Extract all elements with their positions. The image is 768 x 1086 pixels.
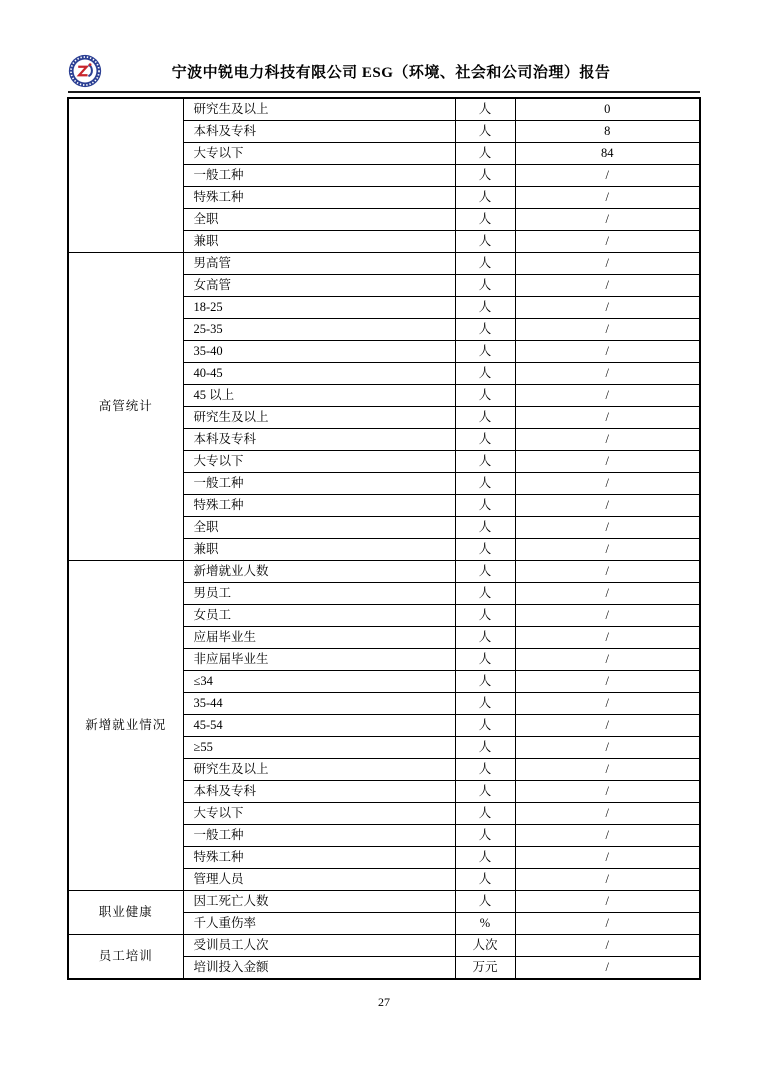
table-row: 职业健康因工死亡人数人/: [68, 891, 700, 913]
value-cell: /: [515, 605, 700, 627]
value-cell: 0: [515, 98, 700, 121]
value-cell: /: [515, 781, 700, 803]
value-cell: /: [515, 275, 700, 297]
item-cell: 本科及专科: [183, 429, 455, 451]
unit-cell: 人: [455, 231, 515, 253]
unit-cell: 人: [455, 165, 515, 187]
value-cell: /: [515, 935, 700, 957]
unit-cell: 人: [455, 429, 515, 451]
value-cell: /: [515, 671, 700, 693]
unit-cell: 人: [455, 143, 515, 165]
item-cell: 特殊工种: [183, 495, 455, 517]
table-row: 新增就业情况新增就业人数人/: [68, 561, 700, 583]
value-cell: /: [515, 693, 700, 715]
value-cell: /: [515, 869, 700, 891]
value-cell: /: [515, 583, 700, 605]
unit-cell: 人: [455, 649, 515, 671]
value-cell: /: [515, 363, 700, 385]
value-cell: /: [515, 297, 700, 319]
employee-statistics-table: 研究生及以上人0本科及专科人8大专以下人84一般工种人/特殊工种人/全职人/兼职…: [67, 97, 701, 980]
value-cell: /: [515, 759, 700, 781]
value-cell: /: [515, 957, 700, 980]
page-number: 27: [0, 995, 768, 1010]
value-cell: 84: [515, 143, 700, 165]
unit-cell: 人: [455, 671, 515, 693]
item-cell: 女高管: [183, 275, 455, 297]
item-cell: 特殊工种: [183, 847, 455, 869]
unit-cell: 人: [455, 583, 515, 605]
unit-cell: 人: [455, 253, 515, 275]
value-cell: /: [515, 803, 700, 825]
value-cell: /: [515, 407, 700, 429]
unit-cell: 人: [455, 825, 515, 847]
item-cell: 本科及专科: [183, 781, 455, 803]
item-cell: 一般工种: [183, 825, 455, 847]
unit-cell: 人: [455, 98, 515, 121]
unit-cell: 人: [455, 539, 515, 561]
item-cell: 一般工种: [183, 165, 455, 187]
unit-cell: 人: [455, 209, 515, 231]
item-cell: 受训员工人次: [183, 935, 455, 957]
value-cell: /: [515, 341, 700, 363]
unit-cell: 人: [455, 627, 515, 649]
unit-cell: 人: [455, 319, 515, 341]
value-cell: /: [515, 319, 700, 341]
value-cell: /: [515, 385, 700, 407]
item-cell: 大专以下: [183, 803, 455, 825]
value-cell: /: [515, 627, 700, 649]
value-cell: 8: [515, 121, 700, 143]
value-cell: /: [515, 209, 700, 231]
item-cell: 45-54: [183, 715, 455, 737]
value-cell: /: [515, 429, 700, 451]
category-cell: 职业健康: [68, 891, 183, 935]
unit-cell: 人: [455, 891, 515, 913]
item-cell: 新增就业人数: [183, 561, 455, 583]
unit-cell: 人: [455, 605, 515, 627]
page-header: 宁波中锐电力科技有限公司 ESG（环境、社会和公司治理）报告: [68, 54, 700, 93]
item-cell: 研究生及以上: [183, 407, 455, 429]
category-cell: 员工培训: [68, 935, 183, 980]
unit-cell: 人: [455, 759, 515, 781]
item-cell: ≤34: [183, 671, 455, 693]
value-cell: /: [515, 231, 700, 253]
item-cell: 一般工种: [183, 473, 455, 495]
unit-cell: 人: [455, 495, 515, 517]
item-cell: 应届毕业生: [183, 627, 455, 649]
item-cell: 男员工: [183, 583, 455, 605]
company-logo-icon: [68, 54, 102, 88]
unit-cell: 人: [455, 407, 515, 429]
unit-cell: 人: [455, 121, 515, 143]
value-cell: /: [515, 253, 700, 275]
item-cell: 特殊工种: [183, 187, 455, 209]
unit-cell: 人: [455, 187, 515, 209]
value-cell: /: [515, 825, 700, 847]
value-cell: /: [515, 737, 700, 759]
item-cell: 培训投入金额: [183, 957, 455, 980]
item-cell: 本科及专科: [183, 121, 455, 143]
unit-cell: 人: [455, 297, 515, 319]
item-cell: 大专以下: [183, 143, 455, 165]
page-title: 宁波中锐电力科技有限公司 ESG（环境、社会和公司治理）报告: [102, 61, 700, 82]
unit-cell: 人: [455, 869, 515, 891]
report-page: 宁波中锐电力科技有限公司 ESG（环境、社会和公司治理）报告 研究生及以上人0本…: [0, 0, 768, 1086]
value-cell: /: [515, 913, 700, 935]
value-cell: /: [515, 187, 700, 209]
unit-cell: 人: [455, 847, 515, 869]
value-cell: /: [515, 495, 700, 517]
value-cell: /: [515, 517, 700, 539]
item-cell: 全职: [183, 517, 455, 539]
item-cell: 研究生及以上: [183, 759, 455, 781]
unit-cell: 万元: [455, 957, 515, 980]
item-cell: 管理人员: [183, 869, 455, 891]
unit-cell: 人: [455, 363, 515, 385]
item-cell: 兼职: [183, 539, 455, 561]
table-row: 研究生及以上人0: [68, 98, 700, 121]
value-cell: /: [515, 649, 700, 671]
value-cell: /: [515, 451, 700, 473]
item-cell: 研究生及以上: [183, 98, 455, 121]
table-row: 高管统计男高管人/: [68, 253, 700, 275]
employee-table-body: 研究生及以上人0本科及专科人8大专以下人84一般工种人/特殊工种人/全职人/兼职…: [68, 98, 700, 979]
item-cell: 全职: [183, 209, 455, 231]
unit-cell: 人: [455, 385, 515, 407]
item-cell: 千人重伤率: [183, 913, 455, 935]
category-cell: [68, 98, 183, 253]
category-cell: 新增就业情况: [68, 561, 183, 891]
item-cell: ≥55: [183, 737, 455, 759]
value-cell: /: [515, 715, 700, 737]
unit-cell: 人: [455, 737, 515, 759]
item-cell: 非应届毕业生: [183, 649, 455, 671]
unit-cell: 人: [455, 341, 515, 363]
unit-cell: 人: [455, 693, 515, 715]
item-cell: 18-25: [183, 297, 455, 319]
table-row: 员工培训受训员工人次人次/: [68, 935, 700, 957]
item-cell: 因工死亡人数: [183, 891, 455, 913]
value-cell: /: [515, 891, 700, 913]
unit-cell: %: [455, 913, 515, 935]
value-cell: /: [515, 561, 700, 583]
item-cell: 大专以下: [183, 451, 455, 473]
unit-cell: 人: [455, 803, 515, 825]
unit-cell: 人: [455, 473, 515, 495]
category-cell: 高管统计: [68, 253, 183, 561]
item-cell: 兼职: [183, 231, 455, 253]
unit-cell: 人: [455, 781, 515, 803]
unit-cell: 人: [455, 517, 515, 539]
value-cell: /: [515, 539, 700, 561]
unit-cell: 人次: [455, 935, 515, 957]
unit-cell: 人: [455, 451, 515, 473]
value-cell: /: [515, 165, 700, 187]
unit-cell: 人: [455, 715, 515, 737]
item-cell: 25-35: [183, 319, 455, 341]
item-cell: 女员工: [183, 605, 455, 627]
unit-cell: 人: [455, 561, 515, 583]
item-cell: 男高管: [183, 253, 455, 275]
item-cell: 35-40: [183, 341, 455, 363]
item-cell: 40-45: [183, 363, 455, 385]
item-cell: 45 以上: [183, 385, 455, 407]
value-cell: /: [515, 847, 700, 869]
value-cell: /: [515, 473, 700, 495]
unit-cell: 人: [455, 275, 515, 297]
item-cell: 35-44: [183, 693, 455, 715]
